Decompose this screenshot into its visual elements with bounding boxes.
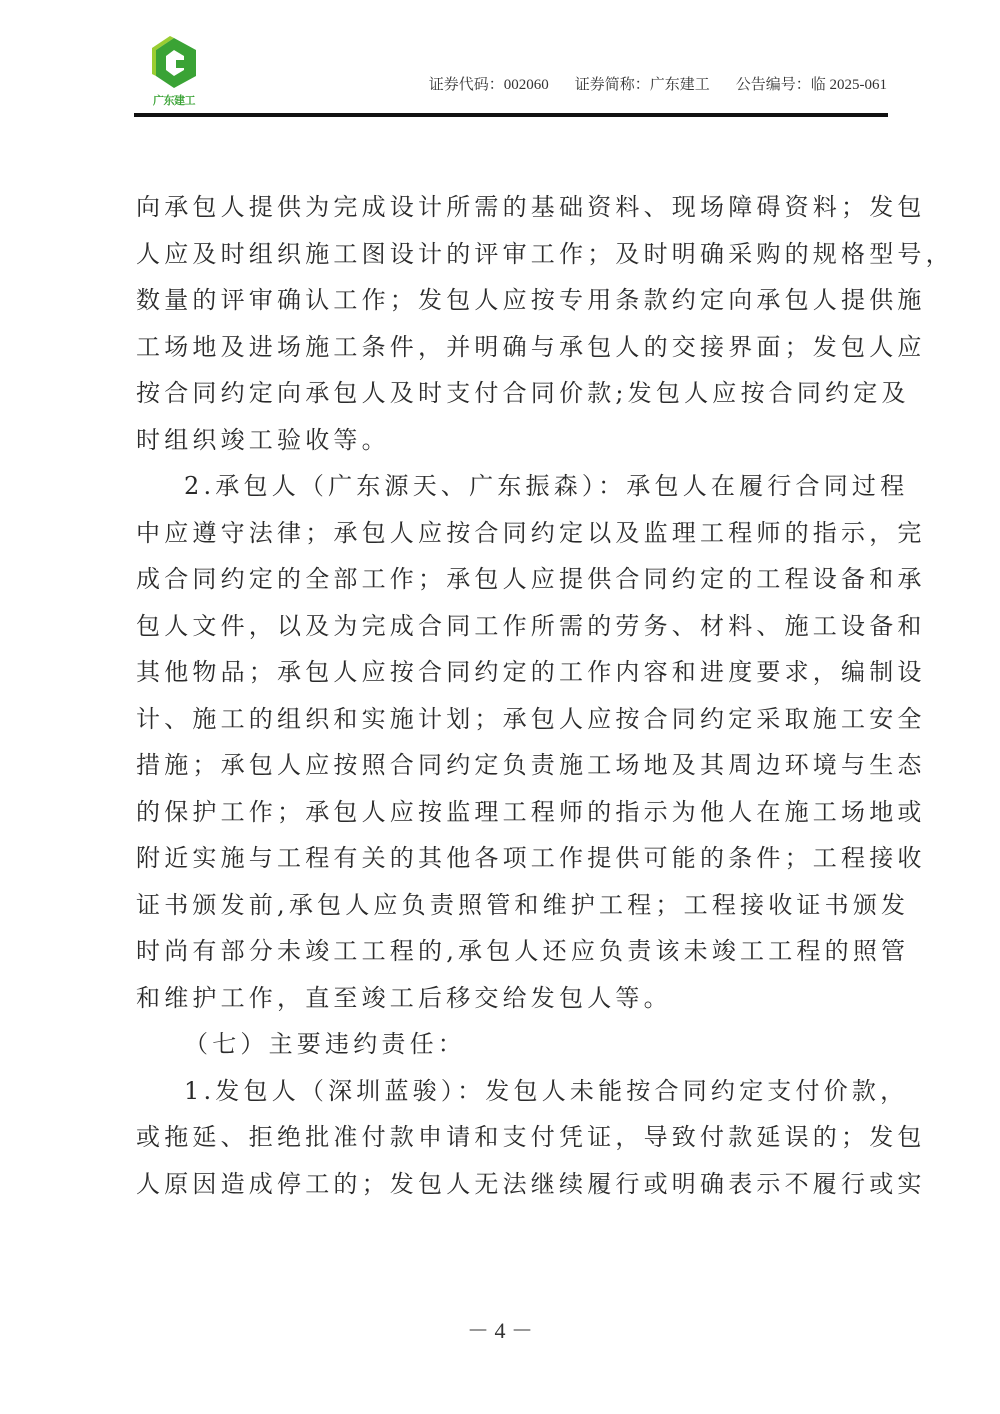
text-line: 成合同约定的全部工作；承包人应提供合同约定的工程设备和承 bbox=[136, 556, 880, 603]
text-line: 向承包人提供为完成设计所需的基础资料、现场障碍资料；发包 bbox=[136, 184, 880, 231]
text-line: 人原因造成停工的；发包人无法继续履行或明确表示不履行或实 bbox=[136, 1161, 880, 1208]
text-line: 人应及时组织施工图设计的评审工作；及时明确采购的规格型号， bbox=[136, 231, 880, 278]
document-header-info: 证券代码：002060证券简称：广东建工公告编号：临 2025-061 bbox=[429, 73, 887, 94]
text-line: 的保护工作；承包人应按监理工程师的指示为他人在施工场地或 bbox=[136, 789, 880, 836]
text-line: 包人文件，以及为完成合同工作所需的劳务、材料、施工设备和 bbox=[136, 603, 880, 650]
text-line: 或拖延、拒绝批准付款申请和支付凭证，导致付款延误的；发包 bbox=[136, 1114, 880, 1161]
text-line: 其他物品；承包人应按合同约定的工作内容和进度要求，编制设 bbox=[136, 649, 880, 696]
text-line: 1.发包人（深圳蓝骏）：发包人未能按合同约定支付价款， bbox=[136, 1068, 880, 1115]
header-divider bbox=[134, 113, 888, 117]
text-line: 2.承包人（广东源天、广东振森）：承包人在履行合同过程 bbox=[136, 463, 880, 510]
text-line: 措施；承包人应按照合同约定负责施工场地及其周边环境与生态 bbox=[136, 742, 880, 789]
announcement-number: 公告编号：临 2025-061 bbox=[736, 77, 887, 93]
stock-name: 证券简称：广东建工 bbox=[575, 77, 710, 93]
text-line: 计、施工的组织和实施计划；承包人应按合同约定采取施工安全 bbox=[136, 696, 880, 743]
text-line: 和维护工作，直至竣工后移交给发包人等。 bbox=[136, 975, 880, 1022]
section-heading: （七）主要违约责任： bbox=[136, 1021, 880, 1068]
text-line: 附近实施与工程有关的其他各项工作提供可能的条件；工程接收 bbox=[136, 835, 880, 882]
company-logo: 广东建工 bbox=[146, 34, 202, 108]
section-heading-breach-liability: （七）主要违约责任： bbox=[136, 1021, 880, 1068]
stock-code: 证券代码：002060 bbox=[429, 77, 549, 93]
text-line: 证书颁发前,承包人应负责照管和维护工程；工程接收证书颁发 bbox=[136, 882, 880, 929]
document-body: 向承包人提供为完成设计所需的基础资料、现场障碍资料；发包 人应及时组织施工图设计… bbox=[136, 184, 880, 1207]
text-line: 数量的评审确认工作；发包人应按专用条款约定向承包人提供施 bbox=[136, 277, 880, 324]
text-line: 时尚有部分未竣工工程的,承包人还应负责该未竣工工程的照管 bbox=[136, 928, 880, 975]
paragraph-contractor-obligations: 2.承包人（广东源天、广东振森）：承包人在履行合同过程 中应遵守法律；承包人应按… bbox=[136, 463, 880, 1021]
page-number: － 4 － bbox=[0, 1314, 1000, 1345]
text-line: 中应遵守法律；承包人应按合同约定以及监理工程师的指示，完 bbox=[136, 510, 880, 557]
logo-text: 广东建工 bbox=[146, 92, 202, 108]
text-line: 按合同约定向承包人及时支付合同价款;发包人应按合同约定及 bbox=[136, 370, 880, 417]
logo-g-icon bbox=[146, 34, 202, 90]
text-line: 工场地及进场施工条件，并明确与承包人的交接界面；发包人应 bbox=[136, 324, 880, 371]
text-line: 时组织竣工验收等。 bbox=[136, 417, 880, 464]
paragraph-employer-breach: 1.发包人（深圳蓝骏）：发包人未能按合同约定支付价款， 或拖延、拒绝批准付款申请… bbox=[136, 1068, 880, 1208]
paragraph-employer-obligations: 向承包人提供为完成设计所需的基础资料、现场障碍资料；发包 人应及时组织施工图设计… bbox=[136, 184, 880, 463]
